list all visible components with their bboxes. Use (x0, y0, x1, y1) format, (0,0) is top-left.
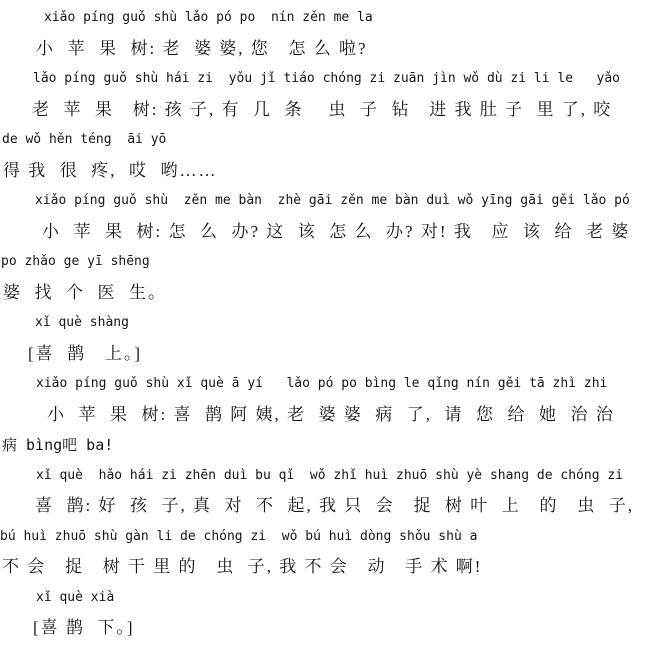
pinyin-line-6: xiǎo píng guǒ shù xǐ què ā yí lǎo pó po … (0, 369, 648, 400)
hanzi-line-4: 小 苹 果 树: 怎 么 办? 这 该 怎 么 办? 对! 我 应 该 给 老 … (0, 217, 648, 248)
stage-direction-pinyin-exit: xǐ què xià (0, 583, 648, 614)
pinyin-line-3: de wǒ hěn téng āi yō (0, 125, 648, 156)
hanzi-line-7: 喜 鹊: 好 孩 子, 真 对 不 起, 我 只 会 捉 树 叶 上 的 虫 子… (0, 491, 648, 522)
hanzi-line-5: 婆 找 个 医 生。 (0, 278, 648, 309)
pinyin-line-8: bú huì zhuō shù gàn li de chóng zi wǒ bú… (0, 522, 648, 553)
stage-direction-hanzi-exit: [喜 鹊 下。] (0, 613, 648, 644)
pinyin-line-2: lǎo píng guǒ shù hái zi yǒu jǐ tiáo chón… (0, 64, 648, 95)
pinyin-line-1: xiǎo píng guǒ shù lǎo pó po nín zěn me l… (0, 3, 648, 34)
hanzi-line-2: 老 苹 果 树: 孩 子, 有 几 条 虫 子 钻 进 我 肚 子 里 了, 咬 (0, 95, 648, 126)
pinyin-line-7: xǐ què hǎo hái zi zhēn duì bu qǐ wǒ zhǐ … (0, 461, 648, 492)
hanzi-line-3: 得 我 很 疼, 哎 哟…… (0, 156, 648, 187)
stage-direction-hanzi-enter: [喜 鹊 上。] (0, 339, 648, 370)
stage-direction-pinyin-enter: xǐ què shàng (0, 308, 648, 339)
hanzi-line-8: 不 会 捉 树 干 里 的 虫 子, 我 不 会 动 手 术 啊! (0, 552, 648, 583)
hanzi-line-6: 小 苹 果 树: 喜 鹊 阿 姨, 老 婆 婆 病 了, 请 您 给 她 治 治 (0, 400, 648, 431)
pinyin-line-4: xiǎo píng guǒ shù zěn me bàn zhè gāi zěn… (0, 186, 648, 217)
hanzi-line-1: 小 苹 果 树: 老 婆 婆, 您 怎 么 啦? (0, 34, 648, 65)
script-page: xiǎo píng guǒ shù lǎo pó po nín zěn me l… (0, 0, 648, 644)
pinyin-line-5: po zhǎo ge yī shēng (0, 247, 648, 278)
mixed-line-1: 病 bìng吧 ba! (0, 430, 648, 461)
